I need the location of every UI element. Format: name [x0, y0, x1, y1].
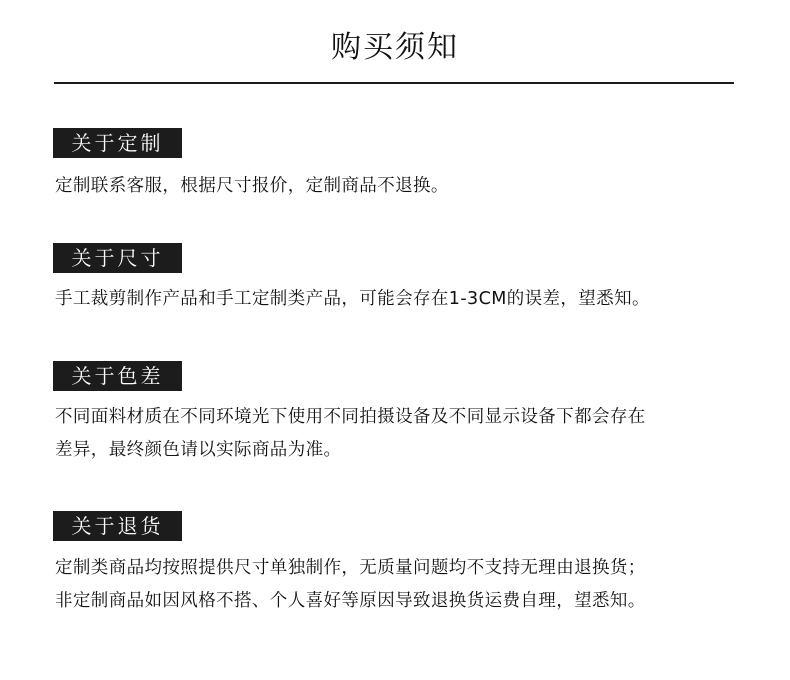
- section-line: 手工裁剪制作产品和手工定制类产品，可能会存在1-3CM的误差，望悉知。: [55, 283, 755, 316]
- section-line: 非定制商品如因风格不搭、个人喜好等原因导致退换货运费自理，望悉知。: [55, 585, 755, 618]
- section-line: 定制类商品均按照提供尺寸单独制作，无质量问题均不支持无理由退换货；: [55, 552, 755, 585]
- title-divider: [54, 82, 734, 84]
- section-body-custom: 定制联系客服，根据尺寸报价，定制商品不退换。: [55, 170, 755, 203]
- section-heading-returns: 关于退货: [53, 511, 182, 541]
- section-body-returns: 定制类商品均按照提供尺寸单独制作，无质量问题均不支持无理由退换货； 非定制商品如…: [55, 552, 755, 618]
- page-title: 购买须知: [0, 22, 790, 66]
- section-heading-custom: 关于定制: [53, 128, 182, 158]
- section-line: 定制联系客服，根据尺寸报价，定制商品不退换。: [55, 170, 755, 203]
- section-body-color: 不同面料材质在不同环境光下使用不同拍摄设备及不同显示设备下都会存在 差异，最终颜…: [55, 401, 755, 467]
- section-body-size: 手工裁剪制作产品和手工定制类产品，可能会存在1-3CM的误差，望悉知。: [55, 283, 755, 316]
- section-heading-size: 关于尺寸: [53, 243, 182, 273]
- section-line: 差异，最终颜色请以实际商品为准。: [55, 434, 755, 467]
- section-line: 不同面料材质在不同环境光下使用不同拍摄设备及不同显示设备下都会存在: [55, 401, 755, 434]
- section-heading-color: 关于色差: [53, 361, 182, 391]
